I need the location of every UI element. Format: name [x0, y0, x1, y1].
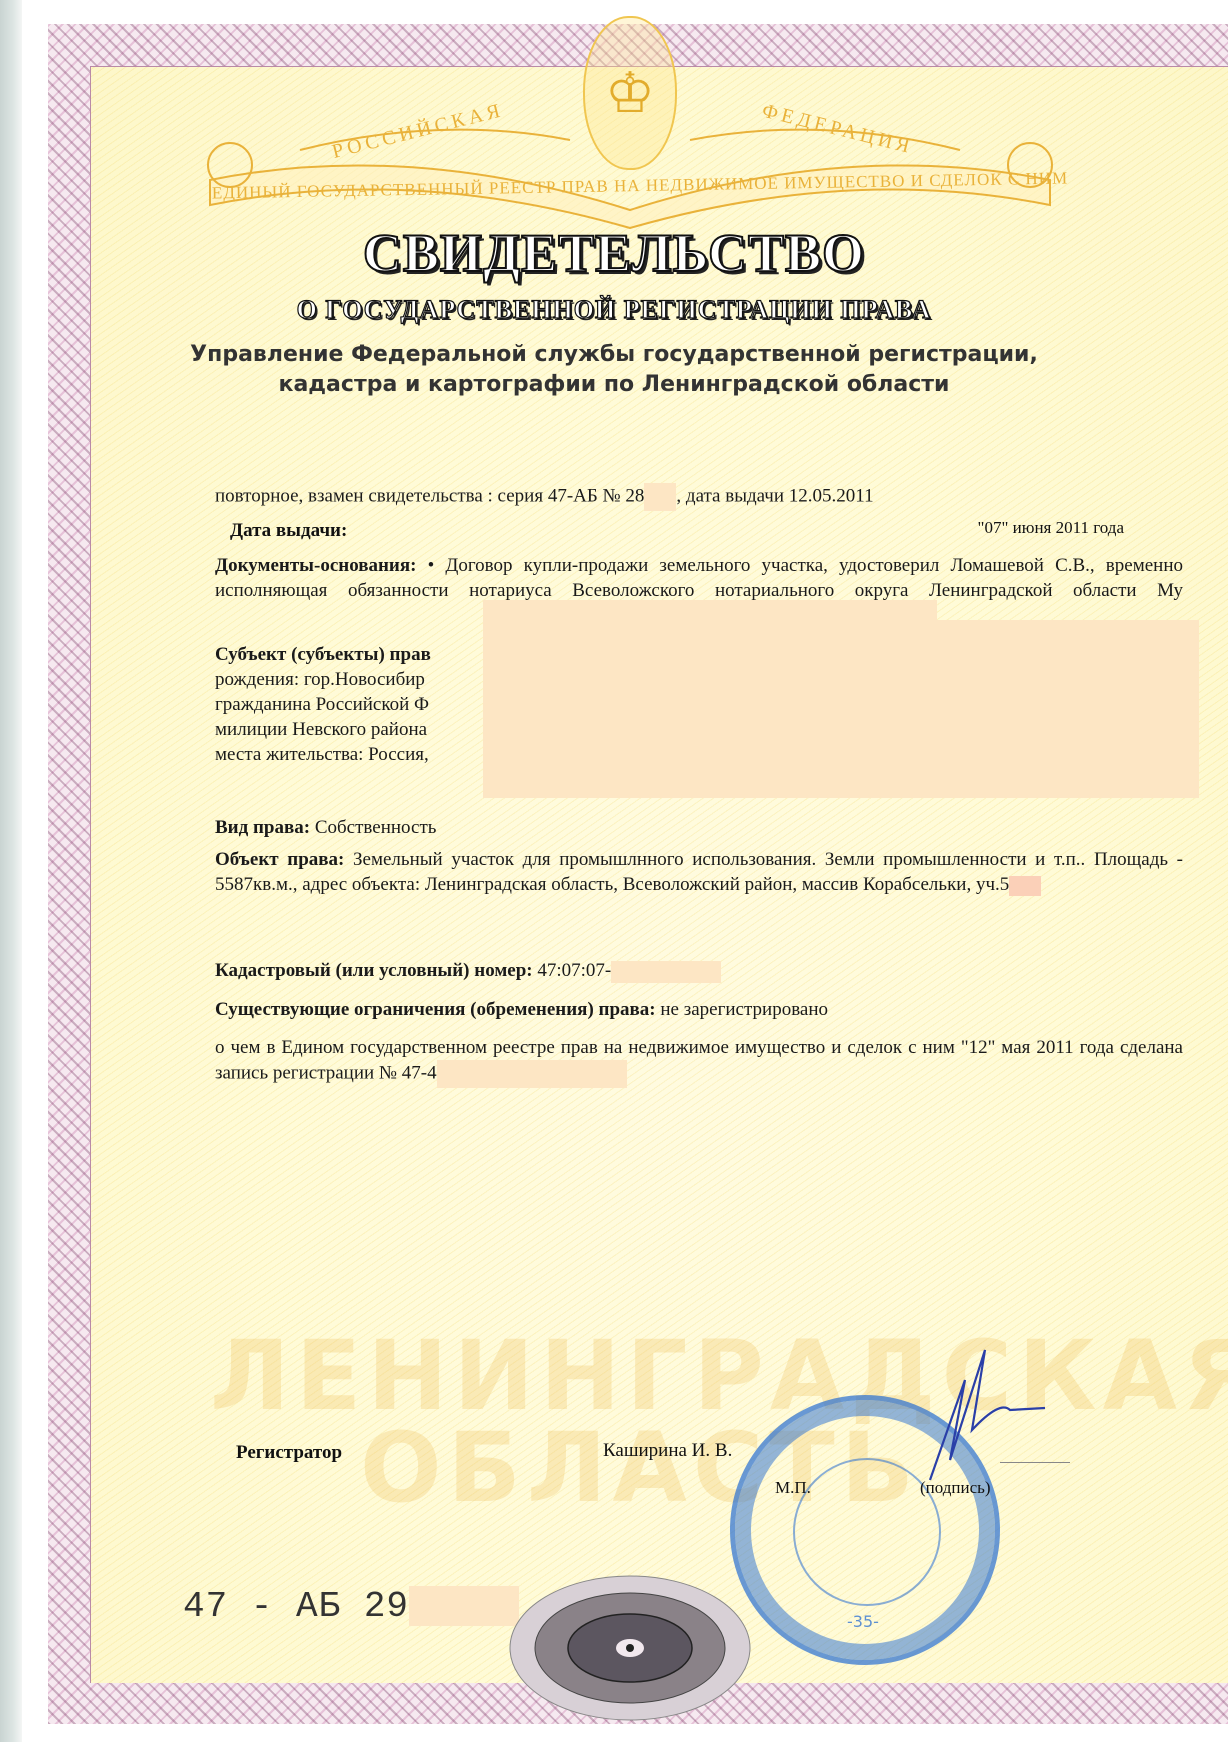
agency-line-2: кадастра и картографии по Ленинградской …: [0, 370, 1228, 400]
issue-date-value: "07" июня 2011 года: [978, 518, 1124, 538]
redacted-block: [611, 961, 721, 983]
seal-number: -35-: [847, 1612, 879, 1631]
right-object: Объект права: Земельный участок для пром…: [215, 847, 1183, 897]
redacted-block: [1009, 876, 1041, 896]
issue-date-label: Дата выдачи:: [230, 520, 347, 542]
redacted-block: [409, 1586, 519, 1626]
guilloche-rosette-icon: [505, 1568, 755, 1728]
signature-placeholder-label: (подпись): [920, 1478, 991, 1498]
registrar-name: Каширина И. В.: [603, 1440, 732, 1462]
seal-placeholder-label: М.П.: [775, 1478, 811, 1498]
redacted-block: [483, 620, 1199, 798]
issuing-agency: Управление Федеральной службы государств…: [0, 340, 1228, 400]
cadastral-number: Кадастровый (или условный) номер: 47:07:…: [215, 958, 1183, 983]
redacted-block: [644, 483, 676, 511]
form-serial-number: 47 - АБ 29: [183, 1586, 519, 1627]
handwritten-signature-icon: [910, 1340, 1050, 1490]
right-type: Вид права: Собственность: [215, 815, 1183, 840]
registry-record: о чем в Едином государственном реестре п…: [215, 1035, 1183, 1088]
encumbrances: Существующие ограничения (обременения) п…: [215, 997, 1183, 1022]
subject-section: Субъект (субъекты) прав рождения: гор.Но…: [215, 642, 515, 767]
reissue-line: повторное, взамен свидетельства : серия …: [215, 483, 1183, 511]
document-subtitle: О ГОСУДАРСТВЕННОЙ РЕГИСТРАЦИИ ПРАВА: [0, 295, 1228, 325]
coat-of-arms-icon: ♔: [583, 16, 677, 170]
document-title: СВИДЕТЕЛЬСТВО: [0, 222, 1228, 284]
agency-line-1: Управление Федеральной службы государств…: [0, 340, 1228, 370]
redacted-block: [483, 600, 937, 620]
registrar-label: Регистратор: [236, 1442, 342, 1464]
redacted-block: [437, 1060, 627, 1088]
